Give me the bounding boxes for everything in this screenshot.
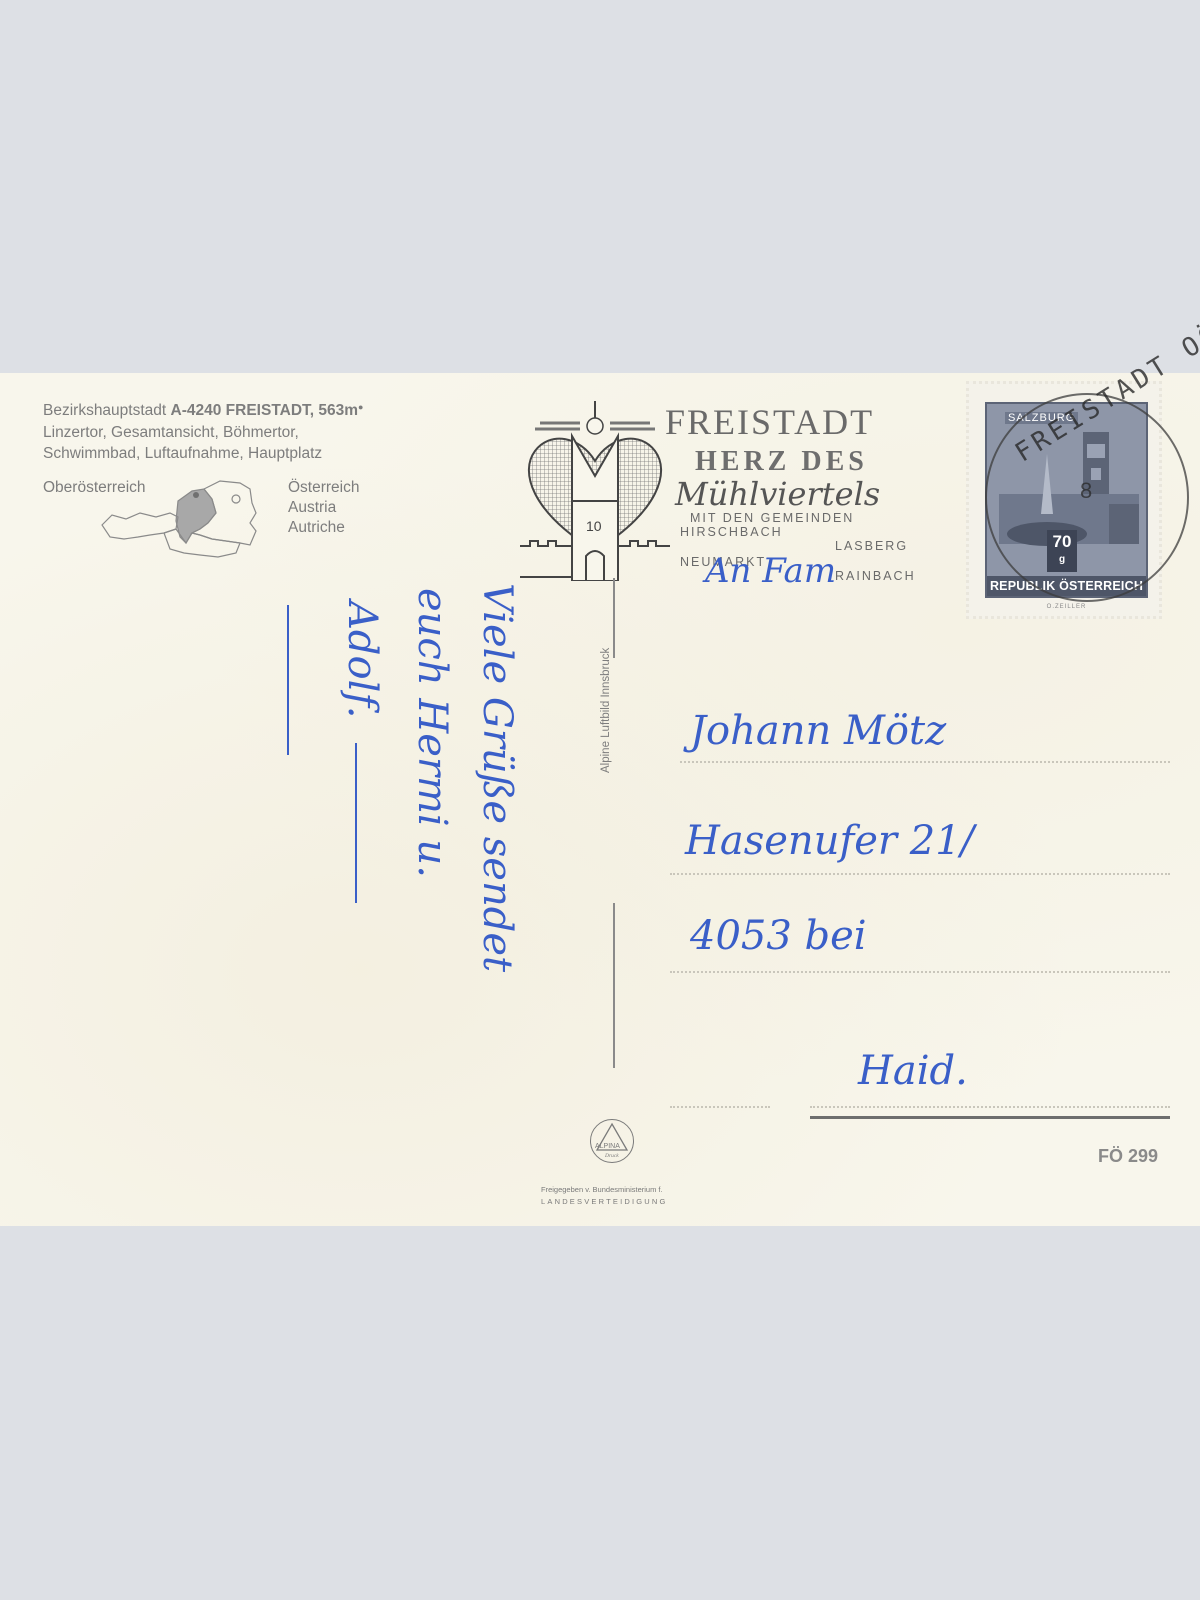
publisher-credit: Alpine Luftbild Innsbruck — [600, 648, 612, 773]
address-postcode: 4053 bei — [690, 913, 867, 959]
message-line-3: Adolf. — [339, 601, 385, 718]
svg-text:10: 10 — [586, 518, 602, 534]
map-label-country-en: Austria — [288, 499, 336, 517]
address-underline-bold — [810, 1116, 1170, 1119]
cancel-slogan-line3: Mühlviertels — [675, 475, 880, 513]
header-line-2: Linzertor, Gesamtansicht, Böhmertor, — [43, 424, 299, 442]
header-prefix: Bezirkshauptstadt — [43, 402, 166, 419]
address-name: Johann Mötz — [690, 708, 946, 754]
cancel-town-2: LASBERG — [835, 539, 908, 553]
svg-text:Druck: Druck — [604, 1153, 619, 1159]
cancel-slogan-town: FREISTADT — [665, 401, 874, 443]
message-line-1: Viele Grüße sendet — [474, 583, 520, 972]
cancel-slogan-line2: HERZ DES — [695, 446, 868, 478]
signature-underline-2 — [287, 605, 289, 755]
address-line-1 — [680, 761, 1170, 763]
freistadt-heart-tower-icon: 10 — [520, 401, 670, 581]
divider-bottom — [613, 903, 615, 1068]
signature-underline-1 — [355, 743, 357, 903]
address-line-4a — [670, 1106, 770, 1108]
approval-line-1: Freigegeben v. Bundesministerium f. — [541, 1185, 663, 1194]
alpina-triangle-icon: ALPINA Druck — [591, 1120, 633, 1162]
header-line-3: Schwimmbad, Luftaufnahme, Hauptplatz — [43, 445, 322, 463]
address-line-2 — [670, 873, 1170, 875]
map-label-country-de: Österreich — [288, 479, 360, 497]
postmark-date: 8 — [1080, 478, 1092, 504]
address-salutation: An Fam — [705, 551, 836, 591]
cancel-slogan-line4: MIT DEN GEMEINDEN — [690, 511, 854, 525]
address-street: Hasenufer 21/ — [685, 818, 974, 864]
address-line-3 — [670, 971, 1170, 973]
header-town: A-4240 FREISTADT, 563m — [171, 402, 359, 419]
divider-top — [613, 578, 615, 658]
map-label-country-fr: Autriche — [288, 519, 345, 537]
address-line-4b — [810, 1106, 1170, 1108]
cancel-town-1: HIRSCHBACH — [680, 525, 783, 539]
postcard-back: Bezirkshauptstadt A-4240 FREISTADT, 563m… — [0, 373, 1200, 1226]
approval-line-2: LANDESVERTEIDIGUNG — [541, 1197, 668, 1206]
header-line-1: Bezirkshauptstadt A-4240 FREISTADT, 563m… — [43, 402, 363, 420]
austria-map-icon — [100, 473, 280, 563]
svg-text:ALPINA: ALPINA — [595, 1143, 620, 1150]
card-number: FÖ 299 — [1098, 1146, 1158, 1167]
address-town: Haid. — [858, 1048, 968, 1094]
stamp-engraver: O.ZEILLER — [987, 604, 1146, 610]
message-line-2: euch Hermi u. — [409, 588, 455, 878]
alpina-logo-icon: ALPINA Druck — [590, 1119, 634, 1163]
cancel-town-4: RAINBACH — [835, 569, 916, 583]
